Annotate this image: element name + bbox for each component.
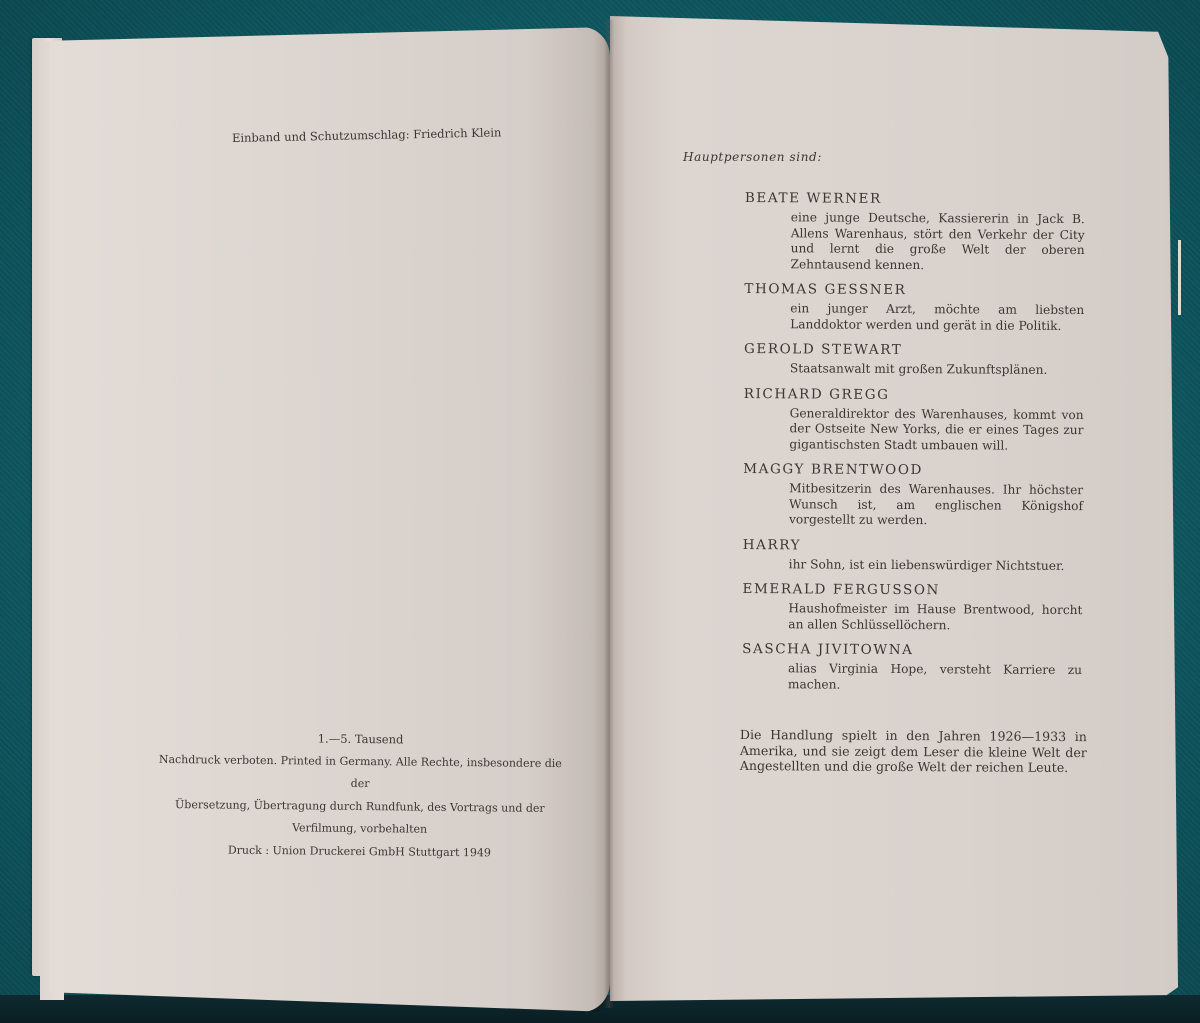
rights-line: Nachdruck verboten. Printed in Germany. … [150,748,570,797]
character-description: Staatsanwalt mit großen Zukunftsplänen. [790,361,1084,378]
character-description: eine junge Deutsche, Kassiererin in Jack… [790,210,1084,274]
imprint-block: 1.—5. Tausend Nachdruck verboten. Printe… [149,726,570,865]
character-name: GEROLD STEWART [744,337,1089,363]
character-name: MAGGY BRENTWOOD [743,457,1088,483]
character-entry: MAGGY BRENTWOOD Mitbesitzerin des Warenh… [738,457,1088,530]
character-description: alias Virginia Hope, versteht Karriere z… [788,661,1082,694]
character-name: THOMAS GESSNER [744,277,1089,303]
character-entry: GEROLD STEWART Staatsanwalt mit großen Z… [739,337,1089,379]
character-description: Mitbesitzerin des Warenhauses. Ihr höchs… [789,481,1083,529]
character-description: Haushofmeister im Hause Brentwood, horch… [788,601,1082,634]
character-name: RICHARD GREGG [744,382,1089,408]
character-entry: RICHARD GREGG Generaldirektor des Warenh… [738,381,1088,454]
character-list: BEATE WERNER eine junge Deutsche, Kassie… [737,186,1090,699]
rights-line: Übersetzung, Übertragung durch Rundfunk,… [150,793,570,820]
protruding-page-edge [1178,240,1181,315]
character-name: EMERALD FERGUSSON [742,577,1087,603]
character-entry: BEATE WERNER eine junge Deutsche, Kassie… [739,186,1090,274]
character-entry: EMERALD FERGUSSON Haushofmeister im Haus… [737,577,1087,634]
character-description: ihr Sohn, ist ein liebenswürdiger Nichts… [789,557,1083,574]
character-entry: HARRY ihr Sohn, ist ein liebenswürdiger … [738,532,1088,574]
character-entry: THOMAS GESSNER ein junger Arzt, möchte a… [739,277,1089,334]
character-entry: SASCHA JIVITOWNA alias Virginia Hope, ve… [737,637,1087,694]
book-gutter [604,20,614,1008]
character-description: Generaldirektor des Warenhauses, kommt v… [789,406,1083,454]
character-description: ein junger Arzt, möchte am liebsten Land… [790,301,1084,334]
character-name: SASCHA JIVITOWNA [742,637,1087,663]
printer-line: Druck : Union Druckerei GmbH Stuttgart 1… [149,838,569,865]
cast-heading: Hauptpersonen sind: [683,150,822,164]
character-name: BEATE WERNER [745,186,1090,212]
character-name: HARRY [743,533,1088,559]
setting-note: Die Handlung spielt in den Jahren 1926—1… [740,727,1087,776]
